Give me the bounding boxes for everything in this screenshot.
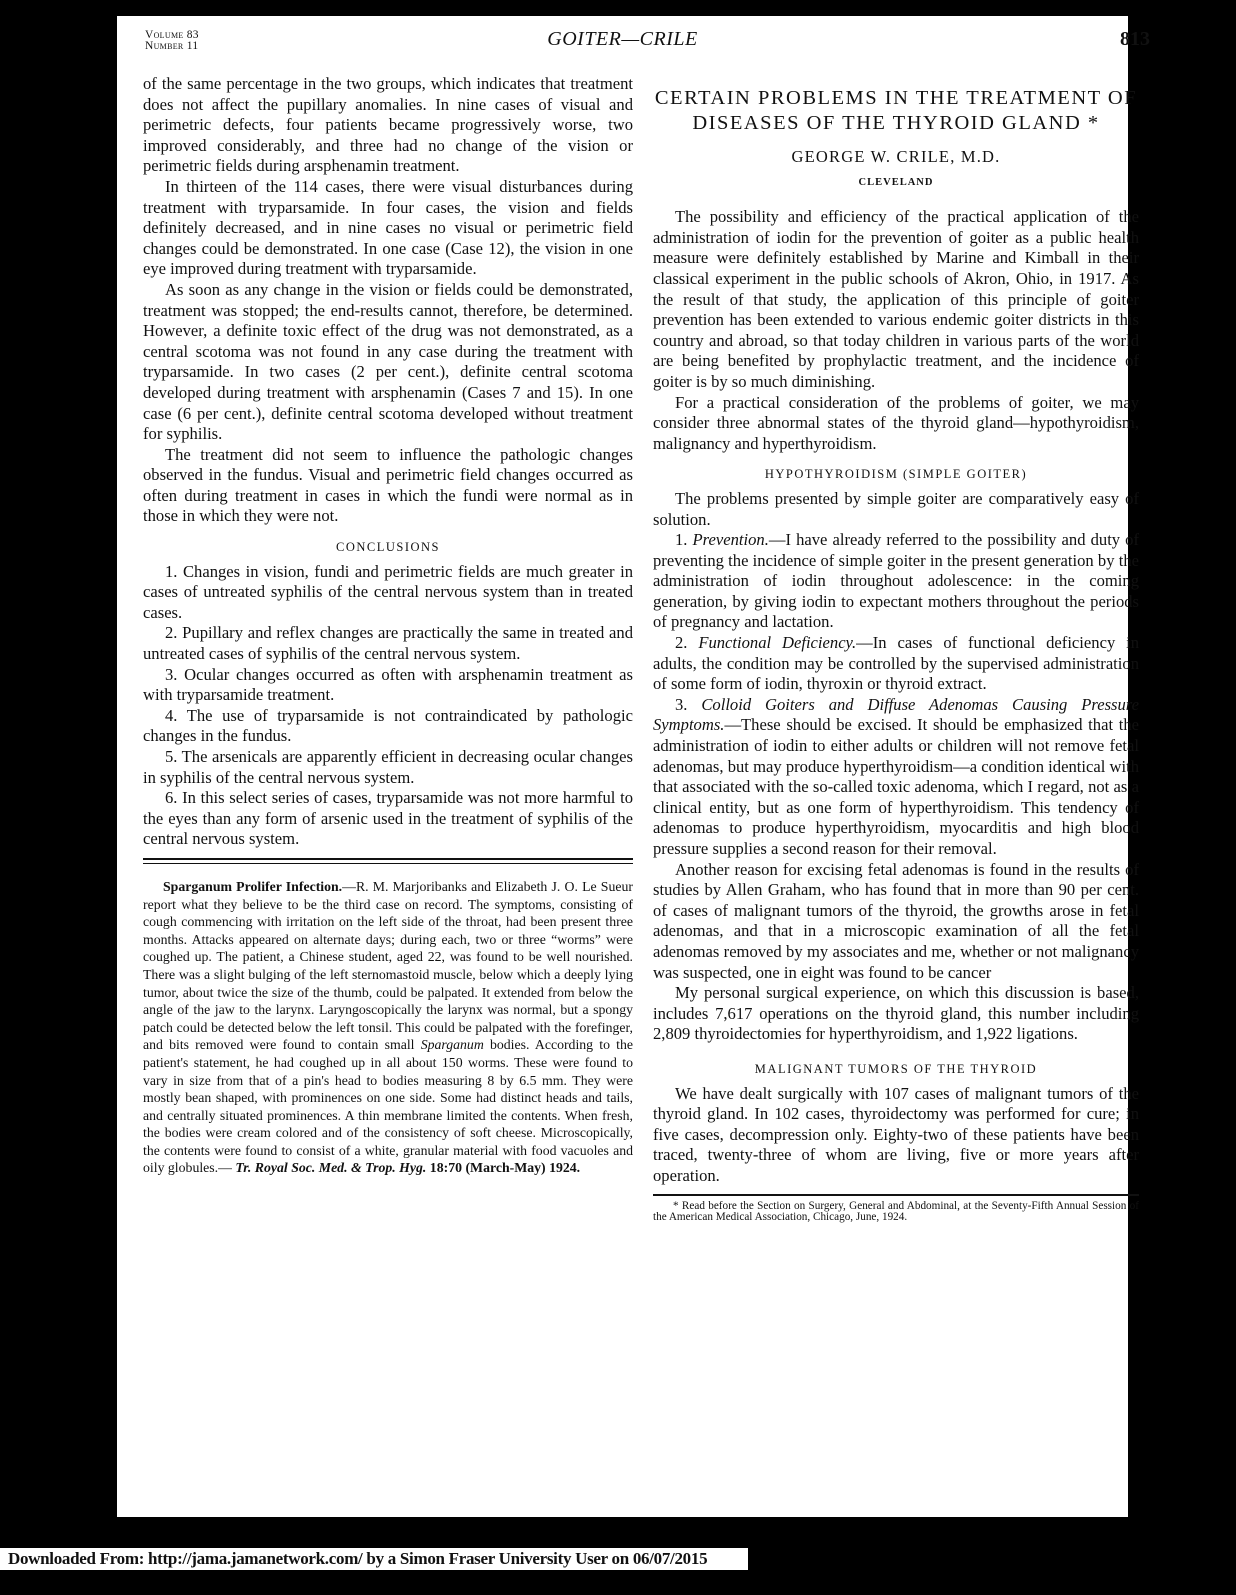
body-paragraph: In thirteen of the 114 cases, there were…	[143, 177, 633, 280]
abstract-citation-details: 18:70 (March-May) 1924.	[426, 1160, 580, 1175]
abstract-sparganum: Sparganum Prolifer Infection.—R. M. Marj…	[143, 878, 633, 1177]
item-label: Functional Deficiency.	[698, 633, 856, 652]
body-paragraph: My personal surgical experience, on whic…	[653, 983, 1139, 1045]
body-paragraph: The problems presented by simple goiter …	[653, 489, 1139, 530]
conclusions-heading: Conclusions	[143, 537, 633, 558]
journal-page: Volume 83 Number 11 GOITER—CRILE 813 of …	[117, 16, 1128, 1517]
conclusion-item: 6. In this select series of cases, trypa…	[143, 788, 633, 850]
conclusion-item: 3. Ocular changes occurred as often with…	[143, 665, 633, 706]
item-text: —These should be excised. It should be e…	[653, 715, 1139, 858]
numbered-item: 1. Prevention.—I have already referred t…	[653, 530, 1139, 633]
abstract-title: Sparganum Prolifer Infection.	[163, 879, 342, 894]
body-paragraph: Another reason for excising fetal adenom…	[653, 860, 1139, 984]
page-number: 813	[1120, 28, 1150, 51]
left-column: of the same percentage in the two groups…	[143, 74, 633, 1177]
body-paragraph: As soon as any change in the vision or f…	[143, 280, 633, 445]
conclusion-item: 1. Changes in vision, fundi and perimetr…	[143, 562, 633, 624]
conclusion-item: 2. Pupillary and reflex changes are prac…	[143, 623, 633, 664]
body-paragraph: For a practical consideration of the pro…	[653, 393, 1139, 455]
section-heading-malignant-tumors: Malignant Tumors of the Thyroid	[653, 1059, 1139, 1080]
abstract-italic-term: Sparganum	[421, 1037, 484, 1052]
item-number: 3.	[675, 695, 701, 714]
article-title: CERTAIN PROBLEMS IN THE TREATMENT OF DIS…	[653, 86, 1139, 135]
footnote: * Read before the Section on Surgery, Ge…	[653, 1201, 1139, 1224]
conclusion-item: 5. The arsenicals are apparently efficie…	[143, 747, 633, 788]
double-rule-divider	[143, 858, 633, 864]
body-paragraph: of the same percentage in the two groups…	[143, 74, 633, 177]
article-author: GEORGE W. CRILE, M.D.	[653, 147, 1139, 168]
running-title: GOITER—CRILE	[117, 28, 1128, 51]
abstract-body-continued: bodies. According to the patient's state…	[143, 1037, 633, 1175]
numbered-item: 2. Functional Deficiency.—In cases of fu…	[653, 633, 1139, 695]
body-paragraph: The possibility and efficiency of the pr…	[653, 207, 1139, 392]
conclusion-item: 4. The use of tryparsamide is not contra…	[143, 706, 633, 747]
footnote-rule	[653, 1194, 1139, 1196]
item-number: 1.	[675, 530, 693, 549]
item-label: Prevention.	[693, 530, 769, 549]
body-paragraph: We have dealt surgically with 107 cases …	[653, 1084, 1139, 1187]
download-banner: Downloaded From: http://jama.jamanetwork…	[0, 1548, 748, 1570]
right-column: CERTAIN PROBLEMS IN THE TREATMENT OF DIS…	[653, 74, 1139, 1224]
author-location: CLEVELAND	[653, 173, 1139, 194]
body-paragraph: The treatment did not seem to influence …	[143, 445, 633, 527]
section-heading-hypothyroidism: Hypothyroidism (Simple Goiter)	[653, 464, 1139, 485]
item-number: 2.	[675, 633, 698, 652]
abstract-body: —R. M. Marjoribanks and Elizabeth J. O. …	[143, 879, 633, 1052]
numbered-item: 3. Colloid Goiters and Diffuse Adenomas …	[653, 695, 1139, 860]
abstract-citation-journal: Tr. Royal Soc. Med. & Trop. Hyg.	[235, 1160, 426, 1175]
